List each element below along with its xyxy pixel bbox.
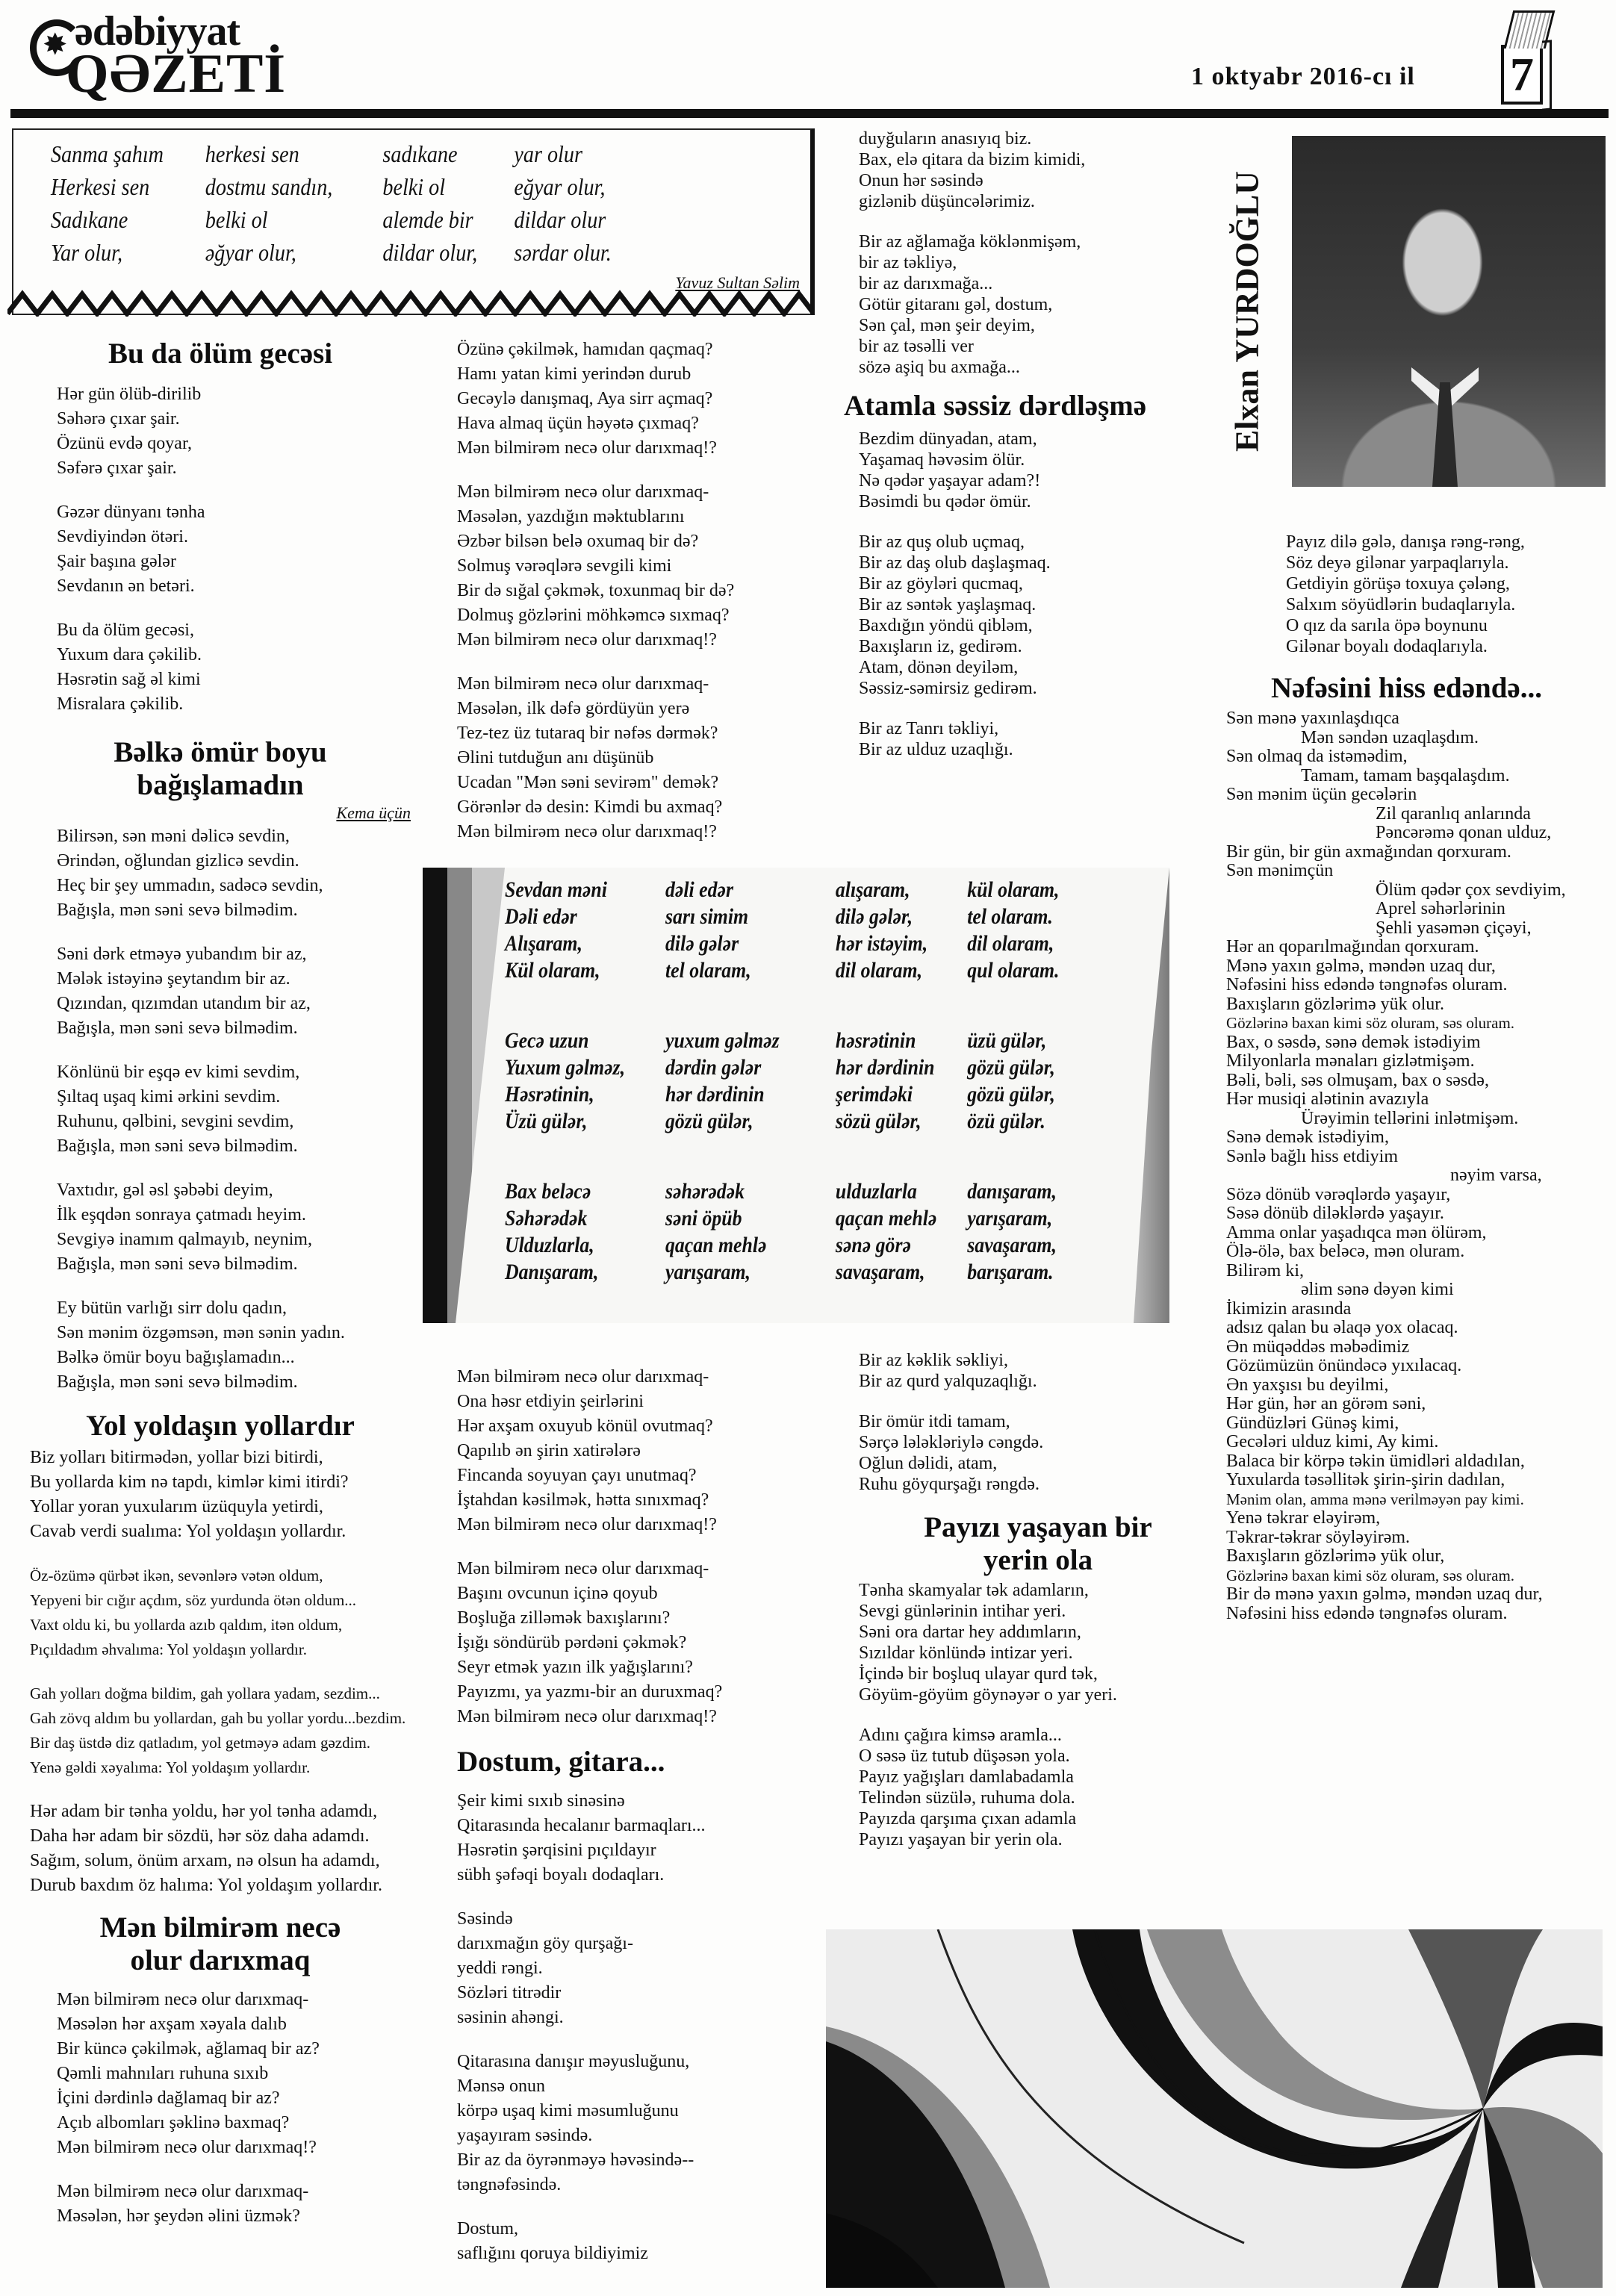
italic-verse-cell: hər istəyim, [836,930,967,957]
verse-line: səsinin ahəngi. [457,2006,845,2030]
italic-verse-cell: kül olaram, [967,877,1121,903]
verse-line: Vaxt oldu ki, bu yollarda azıb qaldım, i… [30,1613,411,1637]
epigraph-cell: sadıkane [382,137,514,170]
verse-line: Mən bilmirəm necə olur darıxmaq!? [457,1513,845,1537]
verse-line: Mələk istəyinə şeytandım bir az. [57,967,411,992]
verse-line: Məsələn, hər şeydən əlini üzmək? [57,2204,411,2229]
stanza: duyğuların anasıyıq biz.Bax, elə qitara … [859,128,1217,212]
verse-line: Oğlun dəlidi, atam, [859,1453,1217,1474]
zigzag-border [7,288,814,317]
stanza: Bir az kəklik səkliyi,Bir az qurd yalquz… [859,1350,1217,1392]
verse-line: Bir az qurd yalquzaqlığı. [859,1371,1217,1392]
epigraph-cell: alemde bir [382,203,514,236]
stanza: Səsindədarıxmağın göy qurşağı-yeddi rəng… [457,1907,845,2030]
verse-line: Özünü evdə qoyar, [57,432,411,456]
verse-line: Mən bilmirəm necə olur darıxmaq- [457,480,845,505]
italic-poem-block: Sevdan mənidəli edəralışaram,kül olaram,… [423,868,1169,1323]
verse-line: Bağışla, mən səni sevə bilmədim. [57,1134,411,1159]
verse-line: Sən mənim özgəmsən, mən sənin yadın. [57,1321,411,1345]
verse-line: Özünə çəkilmək, hamıdan qaçmaq? [457,337,845,362]
verse-line: Mən bilmirəm necə olur darıxmaq!? [457,820,845,844]
verse-line: Hər gün ölüb-dirilib [57,382,411,407]
epigraph-cell: yar olur [514,137,685,170]
poem-title: Atamla səssiz dərdləşmə [844,390,1217,423]
verse-line: Sevdiyindən ötəri. [57,525,411,550]
italic-verse-cell: Dəli edər [505,903,665,930]
verse-line: yeddi rəngi. [457,1956,845,1981]
verse-line: Səni dərk etməyə yubandım bir az, [57,942,411,967]
epigraph-cell: Yar olur, [51,236,205,269]
verse-line: Cavab verdi sualıma: Yol yoldaşın yollar… [30,1519,411,1544]
verse-line: Qapılıb ən şirin xatirələrə [457,1439,845,1463]
verse-line: Atam, dönən deyiləm, [859,657,1217,678]
verse-line: yaşayıram səsində. [457,2124,845,2148]
italic-verse-cell: səni öpüb [665,1205,836,1232]
masthead: ədəbiyyat QƏZETİ 1 oktyabr 2016-cı il 7 [0,0,1616,119]
verse-line: Sən mənimçün [1226,862,1607,881]
verse-line: Misralara çəkilib. [57,692,411,717]
verse-line: Mənsə onun [457,2074,845,2099]
italic-verse-cell: dilə gələr [665,930,836,957]
verse-line: Səni ora dartar hey addımların, [859,1622,1217,1643]
verse-line: Qızından, qızımdan utandım bir az, [57,992,411,1016]
verse-line: Sənlə bağlı hiss etdiyim [1226,1148,1607,1167]
verse-line: Amma onlar yaşadıqca mən ölürəm, [1226,1224,1607,1243]
verse-line: Götür gitaranı gəl, dostum, [859,294,1217,315]
poem-body: Bezdim dünyadan, atam,Yaşamaq həvəsim öl… [859,429,1217,760]
epigraph-cell: dostmu sandın, [205,170,383,203]
stanza: Bilirsən, sən məni dəlicə sevdin,Ərindən… [57,824,411,923]
poem-title: bağışlamadın [30,769,411,802]
italic-verse-cell: yarışaram, [665,1259,836,1286]
verse-line: Payız yağışları damlabadamla [859,1767,1217,1788]
poem-title: yerin ola [859,1544,1217,1577]
verse-line: Mənə yaxın gəlmə, məndən uzaq dur, [1226,957,1607,977]
italic-verse-cell: dərdin gələr [665,1054,836,1081]
verse-line: İçini dərdinlə dağlamaq bir az? [57,2086,411,2111]
poem-body: Özünə çəkilmək, hamıdan qaçmaq?Hamı yata… [457,337,845,844]
stanza: Tənha skamyalar tək adamların,Sevgi günl… [859,1580,1217,1705]
verse-line: Bağışla, mən səni sevə bilmədim. [57,898,411,923]
verse-line: Bir də sığal çəkmək, toxunmaq bir də? [457,579,845,603]
column-3-bottom: Bir az kəklik səkliyi,Bir az qurd yalquz… [859,1350,1217,1870]
verse-line: Gəzər dünyanı tənha [57,500,411,525]
epigraph-cell: belki ol [205,203,383,236]
epigraph-cell: Sanma şahım [51,137,205,170]
verse-line: Mən bilmirəm necə olur darıxmaq!? [457,1705,845,1729]
verse-line: Mən bilmirəm necə olur darıxmaq!? [457,436,845,461]
verse-line: Payızmı, ya yazmı-bir an duruxmaq? [457,1680,845,1705]
verse-line: əlim sənə dəyən kimi [1226,1281,1607,1300]
verse-line: Bir az ağlamağa köklənmişəm, [859,231,1217,252]
epigraph-cell: Sadıkane [51,203,205,236]
italic-verse-cell: alışaram, [836,877,967,903]
verse-line: Tamam, tamam başqalaşdım. [1226,767,1607,786]
newspaper-logo[interactable]: ədəbiyyat QƏZETİ [30,13,157,96]
verse-line: Mən bilmirəm necə olur darıxmaq- [57,1988,411,2012]
stanza: Vaxtıdır, gəl əsl şəbəbi deyim,İlk eşqdə… [57,1178,411,1277]
stanza: Qitarasına danışır məyusluğunu,Mənsə onu… [457,2050,845,2197]
column-1: Bu da ölüm gecəsi Hər gün ölüb-dirilibSə… [30,337,411,2248]
verse-line: Sevgiyə inamım qalmayıb, neynim, [57,1228,411,1252]
italic-verse-cell: danışaram, [967,1178,1121,1205]
verse-line: Sözə dönüb vərəqlərdə yaşayır, [1226,1186,1607,1205]
epigraph-cell: belki ol [382,170,514,203]
poem-title: Nəfəsini hiss edəndə... [1256,672,1607,705]
stanza: Mən bilmirəm necə olur darıxmaq-Məsələn … [57,1988,411,2160]
verse-line: Bir də mənə yaxın gəlmə, məndən uzaq dur… [1226,1585,1607,1605]
italic-verse-cell: ulduzlarla [836,1178,967,1205]
verse-line: Bir az Tanrı təkliyi, [859,718,1217,739]
epigraph-cell: Herkesi sen [51,170,205,203]
italic-verse-cell: hər dərdinin [665,1081,836,1108]
italic-verse-cell: qul olaram. [967,957,1121,984]
verse-line: Gecəylə danışmaq, Aya sirr açmaq? [457,387,845,411]
verse-line: Tez-tez üz tutaraq bir nəfəs dərmək? [457,721,845,746]
verse-line: Heç bir şey ummadın, sadəcə sevdin, [57,874,411,898]
verse-line: Salxım söyüdlərin budaqlarıyla. [1256,594,1607,615]
verse-line: Məsələn hər axşam xəyala dalıb [57,2012,411,2037]
italic-verse-cell: Yuxum gəlməz, [505,1054,665,1081]
verse-line: nəyim varsa, [1226,1166,1607,1186]
stanza: Gah yolları doğma bildim, gah yollara ya… [30,1681,411,1780]
column-4: Payız dilə gələ, danışa rəng-rəng,Söz de… [1256,532,1607,1623]
verse-line: İştahdan kəsilmək, hətta sınıxmaq? [457,1488,845,1513]
epigraph-cell: əğyar olur, [205,236,383,269]
verse-line: Getdiyin görüşə toxuya çələng, [1256,573,1607,594]
stanza: Bu da ölüm gecəsi,Yuxum dara çəkilib.Həs… [57,618,411,717]
italic-verse-cell: gözü gülər, [665,1108,836,1135]
verse-line: Onun hər səsində [859,170,1217,191]
verse-line: Göyüm-göyüm göynəyər o yar yeri. [859,1684,1217,1705]
epigraph-cell: dildar olur, [382,236,514,269]
poem-dedication: Kema üçün [30,803,411,823]
verse-line: sözə aşiq bu axmağa... [859,357,1217,378]
verse-line: Bir gün, bir gün axmağından qorxuram. [1226,843,1607,862]
verse-line: Daha hər adam bir sözdü, hər söz daha ad… [30,1824,411,1849]
verse-line: duyğuların anasıyıq biz. [859,128,1217,149]
verse-line: Sözləri titrədir [457,1981,845,2006]
verse-line: Sərçə lələkləriylə cəngdə. [859,1432,1217,1453]
verse-line: Səssiz-səmirsiz gedirəm. [859,678,1217,699]
verse-line: Bir az da öyrənməyə həvəsində-- [457,2148,845,2173]
verse-line: Hava almaq üçün həyətə çıxmaq? [457,411,845,436]
italic-verse-cell: sarı simim [665,903,836,930]
verse-line: Həsrətin sağ əl kimi [57,668,411,692]
verse-line: Hamı yatan kimi yerindən durub [457,362,845,387]
header-rule [10,109,1609,118]
italic-verse-cell: tel olaram, [665,957,836,984]
verse-line: Məsələn, ilk dəfə gördüyün yerə [457,697,845,721]
verse-line: İlk eşqdən sonraya çatmadı heyim. [57,1203,411,1228]
verse-line: təngnəfəsində. [457,2173,845,2197]
verse-line: Yenə gəldi xəyalıma: Yol yoldaşım yollar… [30,1755,411,1780]
epigraph-cell: herkesi sen [205,137,383,170]
italic-verse-cell: Danışaram, [505,1259,665,1286]
verse-line: Bezdim dünyadan, atam, [859,429,1217,449]
italic-verse-grid: Sevdan mənidəli edəralışaram,kül olaram,… [505,877,1211,1286]
verse-line: İkimizin arasında [1226,1300,1607,1319]
verse-line: Öz-özümə qürbət ikən, sevənlərə vətən ol… [30,1564,411,1588]
verse-line: Nəfəsini hiss edəndə təngnəfəs oluram. [1226,976,1607,995]
column-3-top: duyğuların anasıyıq biz.Bax, elə qitara … [859,128,1217,780]
poem-body: Şeir kimi sıxıb sinəsinəQitarasında heca… [457,1789,845,2266]
stanza-gap [505,1135,1122,1178]
verse-line: Bir az quş olub uçmaq, [859,532,1217,553]
verse-line: Söz deyə gilənar yarpaqlarıyla. [1256,553,1607,573]
stanza: Səni dərk etməyə yubandım bir az,Mələk i… [57,942,411,1041]
italic-verse-cell: yarışaram, [967,1205,1121,1232]
verse-line: Mən bilmirəm necə olur darıxmaq!? [457,628,845,653]
issue-date: 1 oktyabr 2016-cı il [1191,63,1415,91]
verse-line: Ona həsr etdiyin şeirlərini [457,1390,845,1414]
verse-line: adsız qalan bu əlaqə yox olacaq. [1226,1319,1607,1338]
verse-line: Mən bilmirəm necə olur darıxmaq!? [57,2135,411,2160]
verse-line: Səhərə çıxar şair. [57,407,411,432]
italic-verse-cell: Həsrətinin, [505,1081,665,1108]
italic-verse-cell: Kül olaram, [505,957,665,984]
verse-line: Gecələri ulduz kimi, Ay kimi. [1226,1433,1607,1452]
decorative-shard [423,868,505,1323]
verse-line: Mən bilmirəm necə olur darıxmaq- [457,1557,845,1581]
poem-body: Payız dilə gələ, danışa rəng-rəng,Söz de… [1256,532,1607,657]
verse-line: Səsində [457,1907,845,1932]
verse-line: Telindən süzülə, ruhuma dola. [859,1788,1217,1808]
poem-body: Bilirsən, sən məni dəlicə sevdin,Ərindən… [30,824,411,1395]
italic-verse-cell: gözü gülər, [967,1081,1121,1108]
italic-verse-cell: Üzü gülər, [505,1108,665,1135]
italic-verse-cell: üzü gülər, [967,1027,1121,1054]
verse-line: Gündüzləri Günəş kimi, [1226,1414,1607,1434]
column-2-bottom: Mən bilmirəm necə olur darıxmaq-Ona həsr… [457,1365,845,2286]
verse-line: Biz yolları bitirmədən, yollar bizi biti… [30,1446,411,1470]
poem-body: Mən bilmirəm necə olur darıxmaq-Ona həsr… [457,1365,845,1729]
verse-line: Bilirsən, sən məni dəlicə sevdin, [57,824,411,849]
verse-line: Könlünü bir eşqə ev kimi sevdim, [57,1060,411,1085]
verse-line: Şair başına gələr [57,550,411,574]
verse-line: Mən bilmirəm necə olur darıxmaq- [457,1365,845,1390]
verse-line: Bir az daş olub daşlaşmaq. [859,553,1217,573]
verse-line: Yaşamaq həvəsim ölür. [859,449,1217,470]
verse-line: Bir daş üstdə diz qatladım, yol getməyə … [30,1731,411,1755]
verse-line: Ruhunu, qəlbini, sevgini sevdim, [57,1110,411,1134]
verse-line: Gözümüzün önündəcə yıxılacaq. [1226,1357,1607,1376]
verse-line: Mən bilmirəm necə olur darıxmaq- [457,672,845,697]
verse-line: Nəfəsini hiss edəndə təngnəfəs oluram. [1226,1605,1607,1624]
stanza: Bir ömür itdi tamam,Sərçə lələkləriylə c… [859,1411,1217,1495]
verse-line: Pəncərəmə qonan ulduz, [1226,824,1607,843]
verse-line: Bir ömür itdi tamam, [859,1411,1217,1432]
author-name: Elxan YURDOĞLU [1228,171,1267,452]
verse-line: Əlini tutduğun anı düşünüb [457,746,845,771]
verse-line: Fincanda soyuyan çayı unutmaq? [457,1463,845,1488]
verse-line: Bu yollarda kim nə tapdı, kimlər kimi it… [30,1470,411,1495]
verse-line: Ruhu göyqurşağı rəngdə. [859,1474,1217,1495]
verse-line: Aprel səhərlərinin [1226,900,1607,919]
verse-line: Bağışla, mən səni sevə bilmədim. [57,1370,411,1395]
verse-line: Açıb albomları şəklinə baxmaq? [57,2111,411,2135]
author-name-vertical: Elxan YURDOĞLU [1225,136,1270,487]
stanza: Hər gün ölüb-dirilibSəhərə çıxar şair.Öz… [57,382,411,481]
poem-body: Bir az kəklik səkliyi,Bir az qurd yalquz… [859,1350,1217,1495]
verse-line: Həsrətin şərqisini pıçıldayır [457,1838,845,1863]
verse-line: Bilirəm ki, [1226,1262,1607,1281]
verse-line: Mən bilmirəm necə olur darıxmaq- [57,2180,411,2204]
poem-title: Payızı yaşayan bir [859,1511,1217,1544]
verse-line: Bir az kəklik səkliyi, [859,1350,1217,1371]
stanza: Bir az Tanrı təkliyi,Bir az ulduz uzaqlı… [859,718,1217,760]
verse-line: Bu da ölüm gecəsi, [57,618,411,643]
verse-line: Tənha skamyalar tək adamların, [859,1580,1217,1601]
verse-line: O qız da sarıla öpə boynunu [1256,615,1607,636]
stanza: Mən bilmirəm necə olur darıxmaq-Məsələn,… [457,672,845,844]
italic-verse-cell: özü gülər. [967,1108,1121,1135]
stanza: Bezdim dünyadan, atam,Yaşamaq həvəsim öl… [859,429,1217,512]
poem-body: Hər gün ölüb-dirilibSəhərə çıxar şair.Öz… [30,382,411,717]
stanza: Hər adam bir tənha yoldu, hər yol tənha … [30,1799,411,1898]
verse-line: Hər musiqi alətinin avazıyla [1226,1090,1607,1110]
verse-line: Yepyeni bir cığır açdım, söz yurdunda öt… [30,1588,411,1613]
poem-title: Yol yoldaşın yollardır [30,1410,411,1443]
italic-verse-cell: Sevdan məni [505,877,665,903]
poem-body: Biz yolları bitirmədən, yollar bizi biti… [30,1446,411,1898]
verse-line: Seyr etmək yazın ilk yağışlarını? [457,1655,845,1680]
italic-verse-cell: qaçan mehlə [665,1232,836,1259]
verse-line: Mənim olan, amma mənə verilməyən pay kim… [1226,1490,1607,1510]
verse-line: Sən çal, mən şeir deyim, [859,315,1217,336]
verse-line: Ölə-ölə, bax beləcə, mən oluram. [1226,1242,1607,1262]
stanza: Bir az ağlamağa köklənmişəm,bir az təkli… [859,231,1217,378]
verse-line: Gah yolları doğma bildim, gah yollara ya… [30,1681,411,1706]
verse-line: Payızda qarşıma çıxan adamla [859,1808,1217,1829]
italic-verse-cell: şerimdəki [836,1081,967,1108]
stanza: Özünə çəkilmək, hamıdan qaçmaq?Hamı yata… [457,337,845,461]
stanza: Mən bilmirəm necə olur darıxmaq-Məsələn,… [457,480,845,653]
stanza: Şeir kimi sıxıb sinəsinəQitarasında heca… [457,1789,845,1888]
poem-title: Dostum, gitara... [457,1746,845,1779]
verse-line: bir az təkliyə, [859,252,1217,273]
verse-line: Mən səndən uzaqlaşdım. [1226,729,1607,748]
verse-line: Qəmli mahnıları ruhuna sıxıb [57,2062,411,2086]
verse-line: Ən müqəddəs məbədimiz [1226,1338,1607,1357]
verse-line: Bağışla, mən səni sevə bilmədim. [57,1016,411,1041]
verse-line: O səsə üz tutub düşəsən yola. [859,1746,1217,1767]
verse-line: Boşluğa zilləmək baxışlarını? [457,1606,845,1631]
italic-verse-cell: savaşaram, [967,1232,1121,1259]
verse-line: Şehli yasəmən çiçəyi, [1226,919,1607,939]
verse-line: sübh şəfəqi boyalı dodaqları. [457,1863,845,1888]
verse-line: İçində bir boşluq ulayar qurd tək, [859,1664,1217,1684]
stanza: Dostum,saflığını qoruya bildiyimiz [457,2217,845,2266]
verse-line: Ürəyimin tellərini inlətmişəm. [1226,1110,1607,1129]
verse-line: Gilənar boyalı dodaqlarıyla. [1256,636,1607,657]
verse-line: Solmuş vərəqlərə sevgili kimi [457,554,845,579]
italic-verse-cell: Gecə uzun [505,1027,665,1054]
italic-verse-cell: dil olaram, [836,957,967,984]
verse-line: Bir az göyləri qucmaq, [859,573,1217,594]
stanza: Öz-özümə qürbət ikən, sevənlərə vətən ol… [30,1564,411,1662]
verse-line: Baxışların gözlərimə yük olur, [1226,1547,1607,1567]
verse-line: Baxışların iz, gedirəm. [859,636,1217,657]
stanza: Biz yolları bitirmədən, yollar bizi biti… [30,1446,411,1544]
verse-line: Sənə demək istədiyim, [1226,1128,1607,1148]
epigraph-box: Sanma şahımherkesi sensadıkaneyar olurHe… [12,128,815,315]
stanza: Gəzər dünyanı tənhaSevdiyindən ötəri.Şai… [57,500,411,599]
verse-line: Əzbər bilsən belə oxumaq bir də? [457,529,845,554]
stanza-gap [505,984,1122,1027]
verse-line: Durub baxdım öz halıma: Yol yoldaşım yol… [30,1873,411,1898]
italic-verse-cell: Alışaram, [505,930,665,957]
verse-line: Ölüm qədər çox sevdiyim, [1226,881,1607,900]
verse-line: Ucadan "Mən səni sevirəm" demək? [457,771,845,795]
verse-line: Gözlərinə baxan kimi söz oluram, səs olu… [1226,1014,1607,1033]
italic-verse-cell: həsrətinin [836,1027,967,1054]
verse-line: Başını ovcunun içinə qoyub [457,1581,845,1606]
poem-body: Mən bilmirəm necə olur darıxmaq-Məsələn … [30,1988,411,2229]
verse-line: Dostum, [457,2217,845,2241]
verse-line: Bəsimdi bu qədər ömür. [859,491,1217,512]
verse-line: Baxışların gözlərimə yük olur. [1226,995,1607,1015]
verse-line: Bir küncə çəkilmək, ağlamaq bir az? [57,2037,411,2062]
column-2-top: Özünə çəkilmək, hamıdan qaçmaq?Hamı yata… [457,337,845,864]
italic-verse-cell: tel olaram. [967,903,1121,930]
verse-line: Yuxum dara çəkilib. [57,643,411,668]
stanza: Mən bilmirəm necə olur darıxmaq-Məsələn,… [57,2180,411,2229]
italic-verse-cell: gözü gülər, [967,1054,1121,1081]
verse-line: Bəli, bəli, səs olmuşam, bax o səsdə, [1226,1071,1607,1091]
verse-line: Səfərə çıxar şair. [57,456,411,481]
italic-verse-cell: sözü gülər, [836,1108,967,1135]
verse-line: Hər an qoparılmağından qorxuram. [1226,938,1607,957]
italic-verse-cell: dil olaram, [967,930,1121,957]
verse-line: Səsə dönüb diləklərdə yaşayır. [1226,1204,1607,1224]
poem-body: Sən mənə yaxınlaşdıqcaMən səndən uzaqlaş… [1226,709,1607,1623]
verse-line: Vaxtıdır, gəl əsl şəbəbi deyim, [57,1178,411,1203]
verse-line: bir az darıxmağa... [859,273,1217,294]
verse-line: Sən olmaq da istəmədim, [1226,747,1607,767]
verse-line: Hər gün, hər an görəm səni, [1226,1395,1607,1414]
verse-line: körpə uşaq kimi məsumluğunu [457,2099,845,2124]
verse-line: Şeir kimi sıxıb sinəsinə [457,1789,845,1814]
verse-line: Pıçıldadım əhvalıma: Yol yoldaşın yollar… [30,1637,411,1662]
epigraph-cell: eğyar olur, [514,170,685,203]
verse-line: Payız dilə gələ, danışa rəng-rəng, [1256,532,1607,553]
verse-line: Adını çağıra kimsə aramla... [859,1725,1217,1746]
verse-line: Bax, elə qitara da bizim kimidi, [859,149,1217,170]
verse-line: Bir az səntək yaşlaşmaq. [859,594,1217,615]
stanza: Mən bilmirəm necə olur darıxmaq-Ona həsr… [457,1365,845,1537]
verse-line: Şıltaq uşaq kimi ərkini sevdim. [57,1085,411,1110]
verse-line: Bəlkə ömür boyu bağışlamadın... [57,1345,411,1370]
italic-verse-cell: hər dərdinin [836,1054,967,1081]
verse-line: Milyonlarla mənaları gizlətmişəm. [1226,1052,1607,1071]
verse-line: Sevdanın ən betəri. [57,574,411,599]
verse-line: Yenə təkrar eləyirəm, [1226,1509,1607,1528]
logo-word-bottom: QƏZETİ [66,46,286,102]
verse-line: Dolmuş gözlərini möhkəmcə sıxmaq? [457,603,845,628]
verse-line: Sızıldar könlündə intizar yeri. [859,1643,1217,1664]
stanza: Ey bütün varlığı sirr dolu qadın,Sən mən… [57,1296,411,1395]
epigraph-verse: Sanma şahımherkesi sensadıkaneyar olurHe… [51,137,685,269]
poem-title: Bəlkə ömür boyu [30,736,411,769]
italic-verse-cell: yuxum gəlməz [665,1027,836,1054]
verse-line: Hər axşam oxuyub könül ovutmaq? [457,1414,845,1439]
poem-title: olur darıxmaq [30,1944,411,1977]
verse-line: Gah zövq aldım bu yollardan, gah bu yoll… [30,1706,411,1731]
verse-line: Ən yaxşısı bu deyilmi, [1226,1376,1607,1396]
italic-verse-cell: Ulduzlarla, [505,1232,665,1259]
poem-title: Mən bilmirəm necə [30,1911,411,1944]
